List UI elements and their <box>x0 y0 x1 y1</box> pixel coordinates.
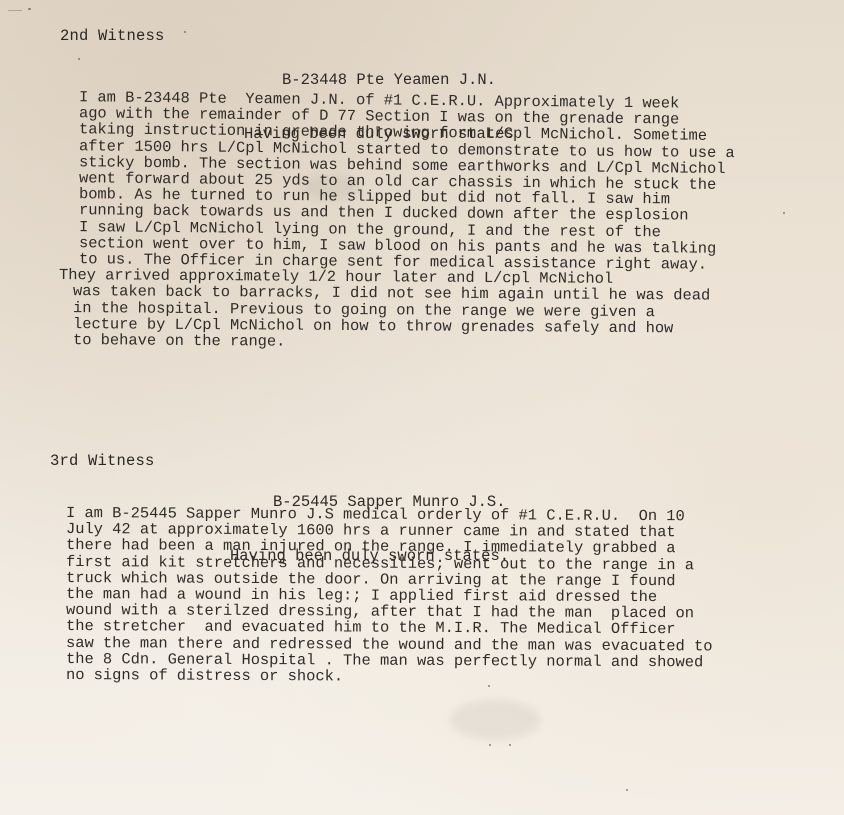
ink-speck <box>509 744 511 746</box>
statement-line: to behave on the range. <box>58 332 735 353</box>
ink-speck <box>489 744 491 746</box>
paper-smudge <box>450 700 540 740</box>
ink-speck <box>8 10 22 11</box>
typewritten-document-page: 2nd Witness B-23448 Pte Yeamen J.N. Havi… <box>0 0 844 815</box>
statement-line: no signs of distress or shock. <box>66 667 713 687</box>
ink-speck <box>184 31 186 33</box>
ink-speck <box>626 789 628 791</box>
ink-speck <box>28 8 31 10</box>
witness-statement: I am B-25445 Sapper Munro J.S medical or… <box>66 505 713 683</box>
ink-speck <box>783 212 785 214</box>
ink-speck <box>78 58 80 60</box>
witness-label: 3rd Witness <box>50 452 155 470</box>
witness-label: 2nd Witness <box>60 27 165 45</box>
witness-id-name: B-23448 Pte Yeamen J.N. <box>234 71 514 89</box>
witness-statement: I am B-23448 Pte Yeamen J.N. of #1 C.E.R… <box>58 89 735 348</box>
